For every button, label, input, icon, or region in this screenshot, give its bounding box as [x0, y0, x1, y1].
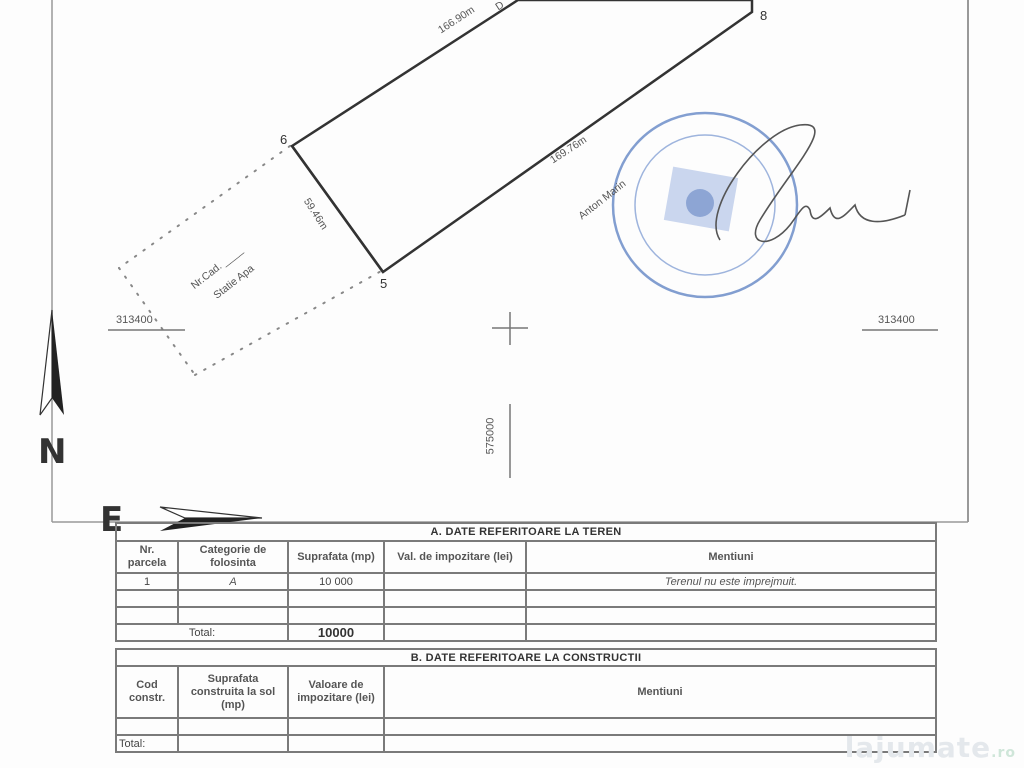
grid-y-bottom: 575000 — [484, 418, 496, 455]
cell — [526, 624, 936, 641]
cell — [384, 624, 526, 641]
header-categorie-folosinta: Categorie de folosinta — [178, 541, 288, 573]
table-construction-data: B. DATE REFERITOARE LA CONSTRUCTII Cod c… — [115, 648, 937, 753]
point-6-label: 6 — [280, 132, 287, 147]
cell — [288, 718, 384, 735]
compass-north-letter: N — [38, 432, 66, 472]
cell-val-impozitare — [384, 573, 526, 590]
grid-x-right: 313400 — [878, 314, 915, 326]
cell — [116, 718, 178, 735]
table-row — [116, 607, 936, 624]
cell — [116, 607, 178, 624]
table-row — [116, 718, 936, 735]
cell — [178, 607, 288, 624]
point-5-label: 5 — [380, 276, 387, 291]
header-nr-parcela: Nr. parcela — [116, 541, 178, 573]
neighbor-parcel-outline — [119, 146, 383, 375]
header-suprafata-construita: Suprafata construita la sol (mp) — [178, 666, 288, 718]
parcel-polygon — [292, 0, 752, 272]
header-suprafata: Suprafata (mp) — [288, 541, 384, 573]
header-valoare-impozitare: Valoare de impozitare (lei) — [288, 666, 384, 718]
cell-categorie: A — [178, 573, 288, 590]
total-value: 10000 — [288, 624, 384, 641]
table-total-row: Total: 10000 — [116, 624, 936, 641]
header-cod-constr: Cod constr. — [116, 666, 178, 718]
grid-x-left: 313400 — [116, 314, 153, 326]
cell-mentiuni: Terenul nu este imprejmuit. — [526, 573, 936, 590]
cell — [116, 590, 178, 607]
cell — [288, 607, 384, 624]
header-mentiuni: Mentiuni — [526, 541, 936, 573]
cell — [288, 590, 384, 607]
grid-markers — [108, 312, 938, 478]
total-label-b: Total: — [116, 735, 178, 752]
cell — [526, 590, 936, 607]
table-row: 1 A 10 000 Terenul nu este imprejmuit. — [116, 573, 936, 590]
header-val-impozitare: Val. de impozitare (lei) — [384, 541, 526, 573]
watermark-suffix: .ro — [991, 745, 1016, 761]
cell — [288, 735, 384, 752]
header-mentiuni-b: Mentiuni — [384, 666, 936, 718]
watermark-logo: lajumate.ro — [845, 731, 1016, 764]
point-8-label: 8 — [760, 8, 767, 23]
cell — [178, 735, 288, 752]
total-label: Total: — [116, 624, 288, 641]
cell-nr-parcela: 1 — [116, 573, 178, 590]
cell — [384, 607, 526, 624]
cell — [526, 607, 936, 624]
table-b-title: B. DATE REFERITOARE LA CONSTRUCTII — [116, 649, 936, 666]
cell — [384, 590, 526, 607]
table-row — [116, 590, 936, 607]
cell — [178, 590, 288, 607]
table-a-title: A. DATE REFERITOARE LA TEREN — [116, 523, 936, 541]
table-total-row: Total: — [116, 735, 936, 752]
cell — [178, 718, 288, 735]
watermark-brand: lajumate — [845, 731, 991, 764]
table-land-data: A. DATE REFERITOARE LA TEREN Nr. parcela… — [115, 522, 937, 642]
signature-scribble — [716, 125, 910, 242]
cell-suprafata: 10 000 — [288, 573, 384, 590]
